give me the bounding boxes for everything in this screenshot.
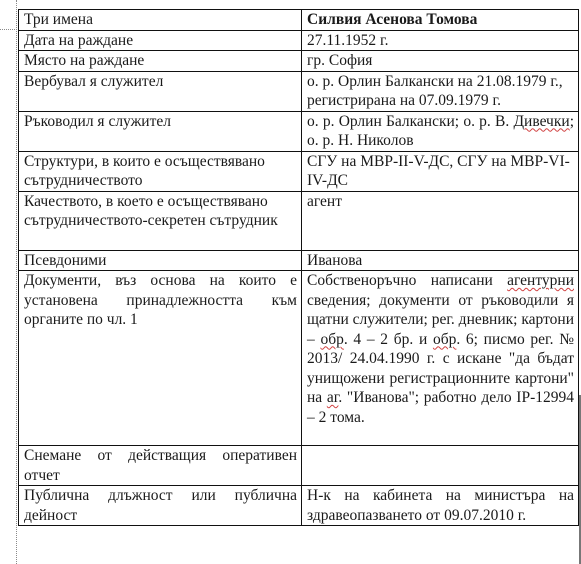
row-label: Вербувал я служител (19, 71, 302, 111)
row-value-public-office: Н-к на кабинета на министъра на здравеоп… (302, 486, 579, 526)
text-span: о. р. Орлин Балкански; о. р. В. (307, 113, 513, 130)
spellcheck-word: Дивечки (513, 113, 569, 130)
table-row: Документи, въз основа на които е установ… (19, 271, 579, 446)
table-row: Качеството, в което е осъществявано сътр… (19, 191, 579, 250)
row-label: Три имена (19, 10, 302, 31)
row-label: Снемане от действащия оперативен отчет (19, 446, 302, 486)
row-value-structures: СГУ на МВР-II-V-ДС, СГУ на МВР-VI-IV-ДС (302, 151, 579, 191)
row-value-birth-place: гр. София (302, 51, 579, 72)
row-label: Псевдоними (19, 250, 302, 271)
row-label: Дата на раждане (19, 30, 302, 51)
row-label: Структури, в които е осъществявано сътру… (19, 151, 302, 191)
page-margin-guide-horizontal (0, 29, 17, 30)
table-row: Три имена Силвия Асенова Томова (19, 10, 579, 31)
text-span: . 4 – 2 бр. и (344, 331, 433, 348)
text-span: . "Иванова"; работно дело IР-12994 – 2 т… (307, 389, 574, 426)
row-label: Качеството, в което е осъществявано сътр… (19, 191, 302, 250)
table-row: Публична длъжност или публична дейност Н… (19, 486, 579, 526)
spellcheck-word: аг (327, 389, 339, 406)
row-label: Ръководил я служител (19, 111, 302, 151)
row-value-pseudonyms: Иванова (302, 250, 579, 271)
table-row: Дата на раждане 27.11.1952 г. (19, 30, 579, 51)
spellcheck-word: агентурни (507, 272, 574, 289)
row-value-documents: Собственоръчно написани агентурни сведен… (302, 271, 579, 446)
row-value-recruited-by: о. р. Орлин Балкански на 21.08.1979 г., … (302, 71, 579, 111)
row-value-full-name: Силвия Асенова Томова (302, 10, 579, 31)
spellcheck-word: обр (320, 331, 343, 348)
table-row: Ръководил я служител о. р. Орлин Балканс… (19, 111, 579, 151)
dossier-table: Три имена Силвия Асенова Томова Дата на … (18, 9, 579, 526)
row-label: Място на раждане (19, 51, 302, 72)
page-margin-guide-vertical (16, 0, 17, 564)
text-span: Собственоръчно написани (307, 272, 507, 289)
spellcheck-word: обр (433, 331, 456, 348)
row-value-capacity: агент (302, 191, 579, 250)
row-value-birth-date: 27.11.1952 г. (302, 30, 579, 51)
row-label: Документи, въз основа на които е установ… (19, 271, 302, 446)
row-label: Публична длъжност или публична дейност (19, 486, 302, 526)
row-value-handled-by: о. р. Орлин Балкански; о. р. В. Дивечки;… (302, 111, 579, 151)
row-value-operative-record (302, 446, 579, 486)
table-row: Псевдоними Иванова (19, 250, 579, 271)
table-row: Вербувал я служител о. р. Орлин Балканск… (19, 71, 579, 111)
table-row: Място на раждане гр. София (19, 51, 579, 72)
table-row: Снемане от действащия оперативен отчет (19, 446, 579, 486)
table-row: Структури, в които е осъществявано сътру… (19, 151, 579, 191)
